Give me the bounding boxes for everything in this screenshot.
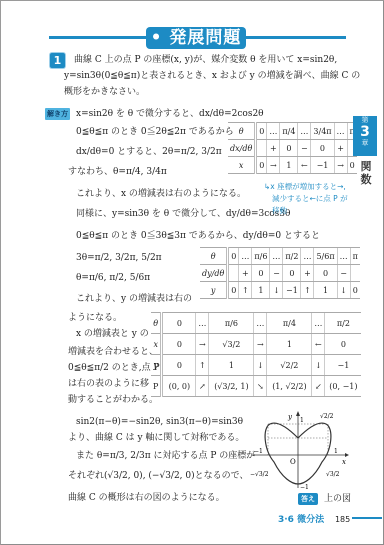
table-cell: → [334,157,347,174]
solution-line: 0≦θ≦π のとき 0≦3θ≦3π であるから、dy/dθ=0 とすると [76,230,320,242]
solution-line: 曲線 C の概形は右の図のようになる。 [68,492,225,504]
solution-line: は右の表のように移 [68,378,149,390]
header-rule-right [244,36,346,39]
table-cell: ↑ [196,355,209,376]
origin-label: O [290,458,296,466]
note-line: 減少すると←に点 P が [264,193,348,205]
solution-line: x の増減表と y の [76,328,149,340]
x-axis-label: x [342,458,346,466]
header-rule-left [49,36,149,39]
table-cell: ↑ [239,282,252,299]
table-cell: → [254,334,267,355]
table-cell: π/6 [252,248,270,265]
table-cell: … [196,313,209,334]
table-cell: −1 [325,355,362,376]
table-row: x 0 → 1 ← −1 → 0 [228,157,357,174]
tick-label: 1 [334,448,338,455]
table-cell: 0 [228,282,239,299]
solution-line: すなわち、θ=π/4, 3/4π [68,166,167,178]
table-cell: 0 [256,123,267,140]
note-line: 移動 [264,205,348,217]
table-row: dy/dθ + 0 − 0 + 0 − [200,265,360,282]
table-cell: 0 [347,157,357,174]
table-cell: ↓ [312,355,325,376]
table-row: x 0 → √3/2 → 1 ← 0 [151,334,361,355]
table-cell: ← [312,334,325,355]
table-cell: dx/dθ [228,140,256,157]
problem-line-1: 曲線 C 上の点 P の座標(x, y)が、媒介変数 θ を用いて x=sin2… [74,54,337,66]
table-cell: 0 [325,334,362,355]
table-cell: … [334,123,347,140]
footer-rule [352,517,382,519]
table-cell: 0 [228,248,239,265]
table-cell: 0 [311,140,334,157]
table-cell: 0 [283,265,301,282]
solution-line: より、曲線 C は y 軸に関して対称である。 [68,432,244,444]
solution-line: x=sin2θ を θ で微分すると、dx/dθ=2cos2θ [76,108,264,120]
answer-text: 上の図 [324,493,351,505]
table-cell: 0 [280,140,298,157]
table-row: θ 0 … π/6 … π/4 … π/2 [151,313,361,334]
table-cell: (0, −1) [325,376,362,397]
table-cell: … [312,313,325,334]
solution-line: 動することがわかる。 [68,394,158,406]
table-cell: 0 [314,265,337,282]
table-cell: π [350,248,360,265]
solution-line: これより、y の増減表は右の [76,293,192,305]
table-row: y 0 ↑ 1 ↓ √2/2 ↓ −1 [151,355,361,376]
tick-label: −1 [254,448,263,455]
table-cell: π/6 [209,313,254,334]
table-cell: 1 [252,282,270,299]
table-row: θ 0 … π/6 … π/2 … 5/6π … π [200,248,360,265]
solution-line: ようになる。 [68,312,122,324]
page-number: 185 [335,515,350,524]
tick-label: 1 [300,417,304,424]
table-cell: + [267,140,280,157]
table-cell: (√3/2, 1) [209,376,254,397]
table-cell: P [151,376,162,397]
table-cell: ↓ [270,282,283,299]
table-cell: 3/4π [311,123,334,140]
chapter-suffix: 章 [353,139,377,148]
y-variation-table: θ 0 … π/6 … π/2 … 5/6π … π dy/dθ + 0 − 0… [200,247,360,299]
problem-line-2: y=sin3θ(0≦θ≦π)と表されるとき、x および y の増減を調べ、曲線 … [64,70,360,82]
table-cell: 5/6π [314,248,337,265]
note-line: ↳x 座標が増加すると→, [264,181,348,193]
table-cell: π/4 [267,313,312,334]
answer-tag: 答え [298,493,318,505]
table-cell: 0 [252,265,270,282]
table-cell: … [267,123,280,140]
table-cell: (0, 0) [162,376,196,397]
table-cell: θ [151,313,162,334]
table-cell: y [200,282,228,299]
point-p-table: θ 0 … π/6 … π/4 … π/2 x 0 → √3/2 → 1 ← 0… [151,312,361,397]
table-cell: ↘ [254,376,267,397]
table-cell: … [301,248,314,265]
table-cell: y [151,355,162,376]
table-cell: 0 [162,334,196,355]
table-cell: − [337,265,350,282]
table-cell: x [151,334,162,355]
solution-line: それぞれ(√3/2, 0), (−√3/2, 0)となるので、 [68,470,248,482]
table-cell: ← [298,157,311,174]
table-cell: 0 [350,282,360,299]
footer-section: 3·6 微分法 [278,515,324,525]
table-cell: … [337,248,350,265]
table-cell: → [267,157,280,174]
table-cell: 1 [267,334,312,355]
table-cell: −1 [283,282,301,299]
table-cell: ↓ [337,282,350,299]
section-title: • 発展問題 • [146,27,246,49]
solution-line: 増減表を合わせると、 [68,346,158,358]
solution-line: sin2(π−θ)=−sin2θ, sin3(π−θ)=sin3θ [76,416,243,428]
table-row: P (0, 0) ↗ (√3/2, 1) ↘ (1, √2/2) ↙ (0, −… [151,376,361,397]
table-cell: θ [200,248,228,265]
table-cell: − [270,265,283,282]
table-cell: √2/2 [267,355,312,376]
solution-line: 同様に、y=sin3θ を θ で微分して、dy/dθ=3cos3θ [76,208,290,220]
table-cell: … [239,248,252,265]
table-cell: 0 [162,355,196,376]
table-cell: → [196,334,209,355]
table-cell: ↓ [254,355,267,376]
table-cell: π/4 [280,123,298,140]
footer: 3·6 微分法 185 [278,512,350,525]
table-cell: … [254,313,267,334]
y-axis-label: y [287,413,293,421]
chapter-title: 関数 [358,160,374,186]
solution-line: また θ=π/3, 2/3π に対応する点 P の座標が [76,450,255,462]
solution-line: 0≦θ≦π のとき 0≦2θ≦2π であるから [76,126,234,138]
tick-label: √2/2 [320,413,334,420]
solution-tag: 解き方 [45,108,70,120]
table-row: dx/dθ + 0 − 0 + [228,140,357,157]
tick-label: −1 [300,484,309,490]
table-cell: 0 [256,157,267,174]
table-cell: −1 [311,157,334,174]
table-cell: 1 [209,355,254,376]
table-cell: x [228,157,256,174]
tick-label: √3/2 [326,471,340,478]
table-cell: 1 [280,157,298,174]
table-cell: π/2 [325,313,362,334]
table-cell: + [334,140,347,157]
section-title-text: 発展問題 [169,28,241,48]
solution-line: θ=π/6, π/2, 5/6π [76,272,150,284]
x-variation-table: θ 0 … π/4 … 3/4π … π dx/dθ + 0 − 0 + x 0… [228,122,357,174]
tick-label: −√3/2 [250,471,269,478]
table-cell: … [270,248,283,265]
table-cell: − [298,140,311,157]
table-cell [350,265,360,282]
curve-graph: y x O 1 √2/2 −1 1 −√3/2 √3/2 −1 [250,410,350,490]
table-cell: ↙ [312,376,325,397]
solution-line: dx/dθ=0 とすると、2θ=π/2, 3/2π [76,146,222,158]
table-cell: π/2 [283,248,301,265]
solution-line: 3θ=π/2, 3/2π, 5/2π [76,252,162,264]
table-cell: dy/dθ [200,265,228,282]
table-cell [256,140,267,157]
table-row: θ 0 … π/4 … 3/4π … π [228,123,357,140]
problem-number-badge: 1 [50,53,65,68]
table-cell: ↑ [301,282,314,299]
table-cell: + [301,265,314,282]
chapter-number: 3 [353,125,377,139]
chapter-tab: 第 3 章 [353,116,377,156]
solution-line: これより、x の増減表は右のようになる。 [76,188,246,200]
table-cell: … [298,123,311,140]
table-cell: 0 [162,313,196,334]
table-cell [228,265,239,282]
table-cell: θ [228,123,256,140]
problem-line-3: 概形をかきなさい。 [64,86,145,98]
table-cell: √3/2 [209,334,254,355]
solution-line: 0≦θ≦π/2 のとき,点 P [68,362,160,374]
table-cell: ↗ [196,376,209,397]
table-row: y 0 ↑ 1 ↓ −1 ↑ 1 ↓ 0 [200,282,360,299]
table-cell: (1, √2/2) [267,376,312,397]
table-cell: 1 [314,282,337,299]
annotation-note: ↳x 座標が増加すると→, 減少すると←に点 P が 移動 [264,181,348,217]
table-cell: + [239,265,252,282]
